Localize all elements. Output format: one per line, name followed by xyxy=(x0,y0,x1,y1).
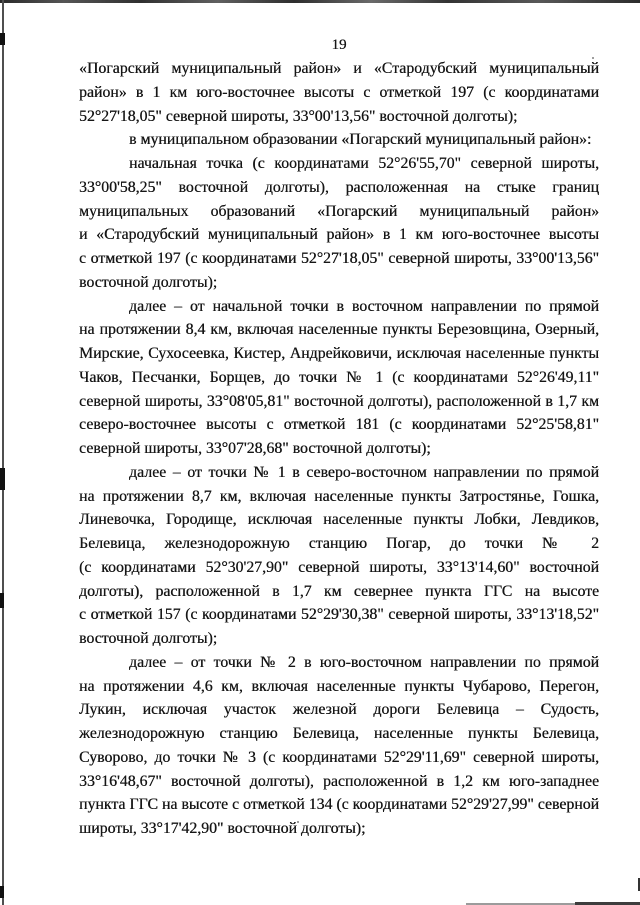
paragraph: «Погарский муниципальный район» и «Старо… xyxy=(79,57,599,128)
text-block: 19 «Погарский муниципальный район» и «Ст… xyxy=(79,33,599,841)
text-line: железнодорожную станцию Белевица, населе… xyxy=(79,722,599,746)
text-line: Линевочка, Городище, исключая населенные… xyxy=(79,508,599,532)
text-line: Мирские, Сухосеевка, Кистер, Андрейкович… xyxy=(79,342,599,366)
text-line: с отметкой 197 (с координатами 52°27'18,… xyxy=(79,247,599,271)
scan-top-edge xyxy=(0,0,640,3)
text-line: далее – от точки № 1 в северо-восточном … xyxy=(79,461,599,485)
text-line: на протяжении 8,4 км, включая населенные… xyxy=(79,318,599,342)
scan-artifact xyxy=(0,33,5,45)
text-line: на протяжении 8,7 км, включая населенные… xyxy=(79,485,599,509)
text-line: восточной долготы); xyxy=(79,271,599,295)
text-line: (с координатами 52°30'27,90" северной ши… xyxy=(79,556,599,580)
text-line: долготы), расположенной в 1,7 км северне… xyxy=(79,580,599,604)
text-line: Белевица, железнодорожную станцию Погар,… xyxy=(79,532,599,556)
text-line: и «Стародубский муниципальный район» в 1… xyxy=(79,223,599,247)
paragraph: в муниципальном образовании «Погарский м… xyxy=(79,128,599,152)
text-line: на протяжении 4,6 км, включая населенные… xyxy=(79,675,599,699)
paragraph: далее – от точки № 2 в юго-восточном нап… xyxy=(79,651,599,841)
text-line: северной широты, 33°07'28,68" восточной … xyxy=(79,437,599,461)
text-line: восточной долготы); xyxy=(79,627,599,651)
paragraphs: «Погарский муниципальный район» и «Старо… xyxy=(79,57,599,841)
text-line: пункта ГГС на высоте с отметкой 134 (с к… xyxy=(79,793,599,817)
text-line: 33°00'58,25" восточной долготы), располо… xyxy=(79,176,599,200)
text-line: Лукин, исключая участок железной дороги … xyxy=(79,698,599,722)
text-line: Чаков, Песчанки, Борщев, до точки № 1 (с… xyxy=(79,366,599,390)
text-line: 33°16'48,67" восточной долготы), располо… xyxy=(79,770,599,794)
text-line: далее – от точки № 2 в юго-восточном нап… xyxy=(79,651,599,675)
text-line: в муниципальном образовании «Погарский м… xyxy=(79,128,599,152)
text-line: муниципальных образований «Погарский мун… xyxy=(79,200,599,224)
text-line: северо-восточнее высоты с отметкой 181 (… xyxy=(79,413,599,437)
text-line: «Погарский муниципальный район» и «Старо… xyxy=(79,57,599,81)
text-line: широты, 33°17'42,90" восточной долготы); xyxy=(79,817,599,841)
text-line: район» в 1 км юго-восточнее высоты с отм… xyxy=(79,81,599,105)
text-line: Суворово, до точки № 3 (с координатами 5… xyxy=(79,746,599,770)
scan-artifact xyxy=(0,468,5,490)
paragraph: начальная точка (с координатами 52°26'55… xyxy=(79,152,599,295)
text-line: 52°27'18,05" северной широты, 33°00'13,5… xyxy=(79,105,599,129)
scan-artifact xyxy=(0,886,4,898)
text-line: с отметкой 157 (с координатами 52°29'30,… xyxy=(79,603,599,627)
scan-left-edge xyxy=(2,0,4,905)
text-line: далее – от начальной точки в восточном н… xyxy=(79,295,599,319)
text-line: начальная точка (с координатами 52°26'55… xyxy=(79,152,599,176)
paragraph: далее – от точки № 1 в северо-восточном … xyxy=(79,461,599,651)
paragraph: далее – от начальной точки в восточном н… xyxy=(79,295,599,461)
page-number: 19 xyxy=(79,33,599,57)
text-line: северной широты, 33°08'05,81" восточной … xyxy=(79,390,599,414)
scan-artifact xyxy=(0,593,4,608)
